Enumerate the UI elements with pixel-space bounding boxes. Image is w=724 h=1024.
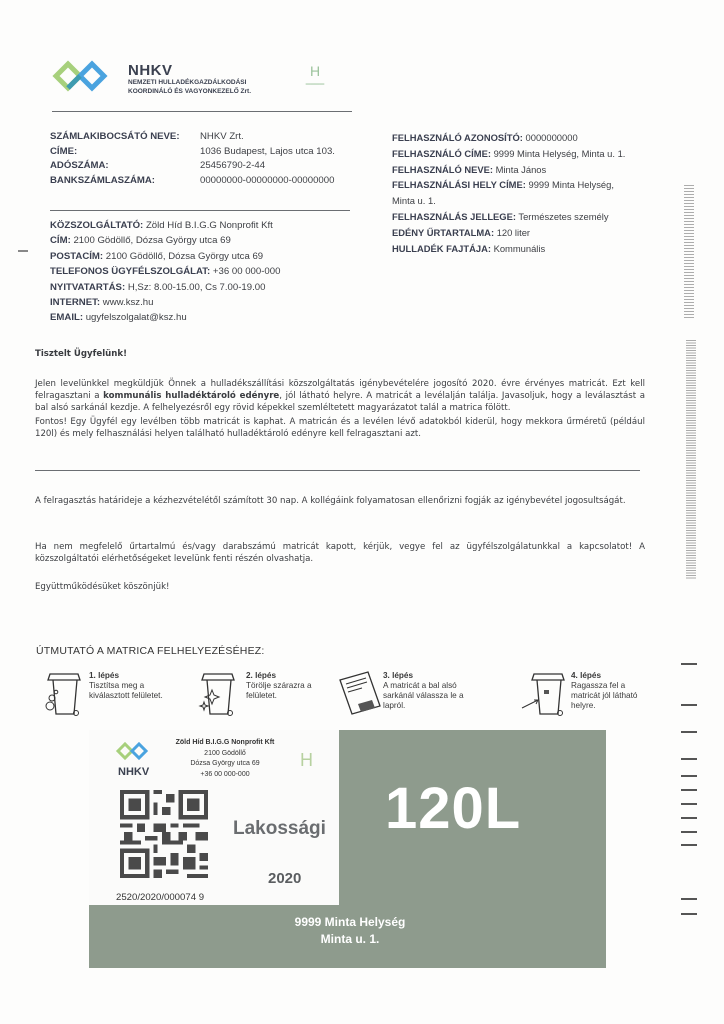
sticker-year: 2020 <box>268 870 301 887</box>
provider-row: NYITVATARTÁS: H,Sz: 8.00-15.00, Cs 7.00-… <box>50 280 370 295</box>
brand-sub-line-1: NEMZETI HULLADÉKGAZDÁLKODÁSI <box>128 78 251 87</box>
provider-value[interactable]: ugyfelszolgalat@ksz.hu <box>86 312 187 323</box>
guide-step-3: 3. lépés A matricát a bal alsó sarkánál … <box>383 671 473 711</box>
user-row: HULLADÉK FAJTÁJA: Kommunális <box>392 241 672 257</box>
scan-tick <box>681 775 697 777</box>
sticker-brand: NHKV <box>118 766 149 778</box>
sticker-nhkv-logo-icon <box>115 740 157 762</box>
user-value: 120 liter <box>497 227 530 238</box>
bin-sticker-icon <box>520 668 568 718</box>
letter-paragraph-4: Ha nem megfelelő űrtartalmú és/vagy dara… <box>35 541 645 565</box>
user-row: FELHASZNÁLÁSI HELY CÍME: 9999 Minta Hely… <box>392 177 637 209</box>
user-label: FELHASZNÁLÁSI HELY CÍME: <box>392 179 526 190</box>
issuer-label: SZÁMLAKIBOCSÁTÓ NEVE: <box>50 130 200 145</box>
letter-greeting: Tisztelt Ügyfelünk! <box>35 348 645 360</box>
provider-value: 2100 Gödöllő, Dózsa György utca 69 <box>73 235 230 246</box>
scan-marker <box>18 250 28 252</box>
bin-bubbles-icon <box>44 668 84 718</box>
issuer-row: ADÓSZÁMA:25456790-2-44 <box>50 159 370 174</box>
step-text: Ragassza fel a matricát jól látható hely… <box>571 681 637 710</box>
step-text: Tisztítsa meg a kiválasztott felületet. <box>89 681 163 700</box>
provider-label: POSTACÍM: <box>50 251 103 262</box>
user-label: EDÉNY ŰRTARTALMA: <box>392 227 494 238</box>
provider-label: TELEFONOS ÜGYFÉLSZOLGÁLAT: <box>50 266 210 277</box>
scan-tick <box>681 817 697 819</box>
issuer-row: CÍME:1036 Budapest, Lajos utca 103. <box>50 145 370 160</box>
step-title: 1. lépés <box>89 671 164 681</box>
brand-name: NHKV <box>128 62 173 79</box>
provider-value: +36 00 000-000 <box>213 266 280 277</box>
sticker-address-line-1: 9999 Minta Helység <box>250 914 450 931</box>
provider-label: INTERNET: <box>50 297 100 308</box>
side-barcode <box>686 340 696 580</box>
provider-label: NYITVATARTÁS: <box>50 282 125 293</box>
header-divider <box>52 111 352 112</box>
partner-logo-icon: H <box>300 750 313 771</box>
letter-paragraph-1: Jelen levelünkkel megküldjük Önnek a hul… <box>35 378 645 414</box>
sticker-phone: +36 00 000-000 <box>160 770 290 781</box>
user-value: Minta János <box>496 164 547 175</box>
scan-tick <box>681 731 697 733</box>
user-value: 9999 Minta Helység, Minta u. 1. <box>494 148 626 159</box>
brand-subtitle: NEMZETI HULLADÉKGAZDÁLKODÁSI KOORDINÁLÓ … <box>128 78 251 96</box>
partner-logo-icon: H▁▁▁▁ <box>300 64 330 86</box>
user-label: FELHASZNÁLÓ AZONOSÍTÓ: <box>392 132 523 143</box>
user-row: EDÉNY ŰRTARTALMA: 120 liter <box>392 225 672 241</box>
sticker-company-name: Zöld Híd B.I.G.G Nonprofit Kft <box>160 738 290 749</box>
step-text: A matricát a bal alsó sarkánál válassza … <box>383 681 464 710</box>
scan-tick <box>681 898 697 900</box>
user-label: FELHASZNÁLÓ CÍME: <box>392 148 491 159</box>
scan-tick <box>681 758 697 760</box>
step-title: 2. lépés <box>246 671 316 681</box>
provider-label: KÖZSZOLGÁLTATÓ: <box>50 220 143 231</box>
letter-peel-icon <box>338 670 382 716</box>
nhkv-logo-icon <box>52 58 122 94</box>
provider-row: KÖZSZOLGÁLTATÓ: Zöld Híd B.I.G.G Nonprof… <box>50 218 370 233</box>
sticker-company-info: Zöld Híd B.I.G.G Nonprofit Kft 2100 Gödö… <box>160 738 290 780</box>
issuer-value: 00000000-00000000-00000000 <box>200 174 334 189</box>
user-value: 0000000000 <box>526 132 578 143</box>
section-divider <box>50 210 350 211</box>
scan-tick <box>681 663 697 665</box>
letter-closing: Együttműködésüket köszönjük! <box>35 581 645 593</box>
guide-step-1: 1. lépés Tisztítsa meg a kiválasztott fe… <box>89 671 164 701</box>
issuer-value: NHKV Zrt. <box>200 130 244 145</box>
user-label: FELHASZNÁLÁS JELLEGE: <box>392 211 516 222</box>
scan-tick <box>681 831 697 833</box>
brand-sub-line-2: KOORDINÁLÓ ÉS VAGYONKEZELŐ Zrt. <box>128 87 251 96</box>
provider-label: CÍM: <box>50 235 71 246</box>
user-label: FELHASZNÁLÓ NEVE: <box>392 164 493 175</box>
scan-tick <box>681 704 697 706</box>
provider-label: EMAIL: <box>50 312 83 323</box>
guide-step-2: 2. lépés Törölje szárazra a felületet. <box>246 671 316 701</box>
sticker-street: Dózsa György utca 69 <box>160 759 290 770</box>
user-value: Természetes személy <box>518 211 608 222</box>
letter-emphasis: kommunális hulladéktároló edényre <box>103 391 279 401</box>
guide-step-4: 4. lépés Ragassza fel a matricát jól lát… <box>571 671 656 711</box>
guide-title: ÚTMUTATÓ A MATRICA FELHELYEZÉSÉHEZ: <box>36 645 265 657</box>
user-row: FELHASZNÁLÓ NEVE: Minta János <box>392 162 672 178</box>
bin-sparkle-icon <box>198 668 238 718</box>
provider-info: KÖZSZOLGÁLTATÓ: Zöld Híd B.I.G.G Nonprof… <box>50 218 370 326</box>
provider-value[interactable]: www.ksz.hu <box>103 297 154 308</box>
letter-paragraph-2: Fontos! Egy Ügyfél egy levélben több mat… <box>35 416 645 440</box>
sticker-category: Lakossági <box>233 818 326 840</box>
provider-value: H,Sz: 8.00-15.00, Cs 7.00-19.00 <box>128 282 266 293</box>
user-info: FELHASZNÁLÓ AZONOSÍTÓ: 0000000000 FELHAS… <box>392 130 672 256</box>
scan-tick <box>681 789 697 791</box>
user-row: FELHASZNÁLÁS JELLEGE: Természetes személ… <box>392 209 672 225</box>
side-barcode-text <box>684 185 694 320</box>
scan-tick <box>681 844 697 846</box>
issuer-label: ADÓSZÁMA: <box>50 159 200 174</box>
issuer-info: SZÁMLAKIBOCSÁTÓ NEVE:NHKV Zrt. CÍME:1036… <box>50 130 370 188</box>
provider-row: TELEFONOS ÜGYFÉLSZOLGÁLAT: +36 00 000-00… <box>50 264 370 279</box>
provider-row: EMAIL: ugyfelszolgalat@ksz.hu <box>50 310 370 325</box>
sticker-address-line-2: Minta u. 1. <box>250 931 450 948</box>
step-title: 3. lépés <box>383 671 473 681</box>
user-row: FELHASZNÁLÓ CÍME: 9999 Minta Helység, Mi… <box>392 146 672 162</box>
user-label: HULLADÉK FAJTÁJA: <box>392 243 491 254</box>
qr-code <box>119 790 209 878</box>
issuer-value: 25456790-2-44 <box>200 159 265 174</box>
scan-tick <box>681 913 697 915</box>
sticker-volume: 120L <box>385 775 521 842</box>
sticker-address: 9999 Minta Helység Minta u. 1. <box>250 914 450 948</box>
sticker-serial-number: 2520/2020/000074 9 <box>116 892 204 903</box>
step-title: 4. lépés <box>571 671 656 681</box>
user-value: Kommunális <box>494 243 546 254</box>
issuer-value: 1036 Budapest, Lajos utca 103. <box>200 145 335 160</box>
issuer-row: SZÁMLAKIBOCSÁTÓ NEVE:NHKV Zrt. <box>50 130 370 145</box>
letter-paragraph-3: A felragasztás határideje a kézhezvételé… <box>35 495 645 507</box>
scan-tick <box>681 803 697 805</box>
provider-value: Zöld Híd B.I.G.G Nonprofit Kft <box>146 220 273 231</box>
issuer-label: BANKSZÁMLASZÁMA: <box>50 174 200 189</box>
step-text: Törölje szárazra a felületet. <box>246 681 312 700</box>
provider-row: CÍM: 2100 Gödöllő, Dózsa György utca 69 <box>50 233 370 248</box>
provider-row: INTERNET: www.ksz.hu <box>50 295 370 310</box>
user-row: FELHASZNÁLÓ AZONOSÍTÓ: 0000000000 <box>392 130 672 146</box>
issuer-row: BANKSZÁMLASZÁMA:00000000-00000000-000000… <box>50 174 370 189</box>
issuer-label: CÍME: <box>50 145 200 160</box>
letter-divider <box>35 470 640 471</box>
provider-row: POSTACÍM: 2100 Gödöllő, Dózsa György utc… <box>50 249 370 264</box>
provider-value: 2100 Gödöllő, Dózsa György utca 69 <box>106 251 263 262</box>
sticker-city: 2100 Gödöllő <box>160 749 290 760</box>
